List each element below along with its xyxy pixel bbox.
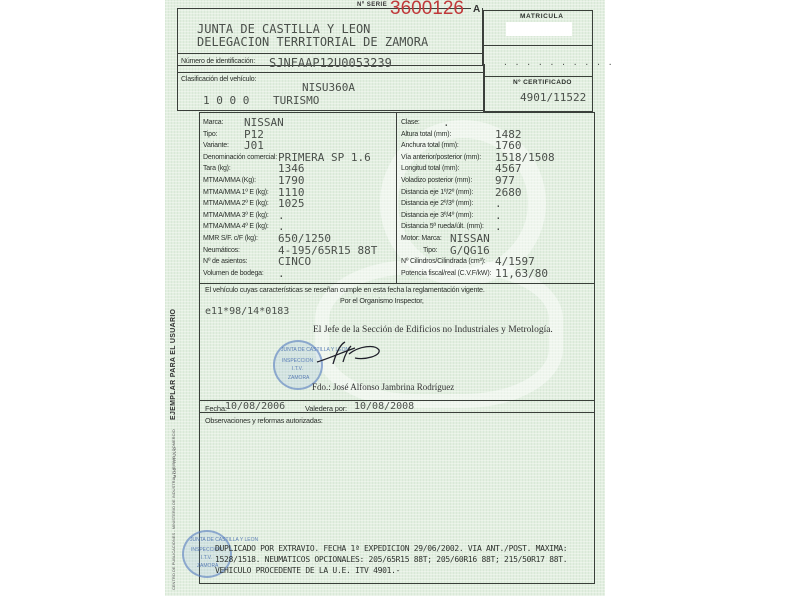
spec-label: Clase: — [401, 119, 420, 126]
serie-number: 3600126 — [390, 0, 464, 20]
spec-label: Nº Cilindros/Cilindrada (cm³): — [401, 258, 485, 265]
spec-label: Longitud total (mm): — [401, 165, 459, 172]
spec-label: MTMA/MMA 4º E (kg): — [203, 223, 269, 230]
divider — [177, 72, 483, 73]
classification-label: Clasificación del vehículo: — [181, 76, 256, 83]
signature-icon — [315, 340, 385, 370]
spec-label: Altura total (mm): — [401, 131, 451, 138]
homologation-number: e11*98/14*0183 — [205, 306, 289, 317]
authority-line-2: DELEGACION TERRITORIAL DE ZAMORA — [197, 35, 428, 49]
spec-label: Distancia eje 1º/2º (mm): — [401, 189, 473, 196]
spec-value: . — [495, 220, 502, 233]
spec-label: Distancia 5ª rueda/últ. (mm): — [401, 223, 484, 230]
spec-label: Motor: Marca: — [401, 235, 442, 242]
spec-label: Neumáticos: — [203, 247, 240, 254]
copy-label: EJEMPLAR PARA EL USUARIO — [170, 309, 177, 420]
serie-label: Nº SERIE — [355, 2, 389, 8]
spec-value: J01 — [244, 139, 264, 152]
spec-value: G/QG16 — [450, 244, 490, 257]
matricula-redacted — [506, 22, 572, 36]
chief-title: El Jefe de la Sección de Edificios no In… — [313, 325, 553, 335]
spec-label: Volumen de bodega: — [203, 270, 264, 277]
spec-label: Tipo: — [203, 131, 217, 138]
divider — [483, 76, 593, 77]
signed-by: Fdo.: José Alfonso Jambrina Rodríguez — [312, 382, 454, 392]
spec-label: Distancia eje 3º/4º (mm): — [401, 212, 473, 219]
spec-label: MTMA/MMA 3º E (kg): — [203, 212, 269, 219]
classification-number: 1 0 0 0 — [203, 94, 249, 107]
divider — [396, 112, 397, 284]
spec-value: . — [278, 267, 285, 280]
spec-label: Distancia eje 2º/3º (mm): — [401, 200, 473, 207]
observations-label: Observaciones y reformas autorizadas: — [205, 416, 323, 425]
spec-value: 11,63/80 — [495, 267, 548, 280]
spec-label: Vía anterior/posterior (mm): — [401, 154, 481, 161]
fecha-value: 10/08/2006 — [225, 401, 285, 412]
certificado-value: 4901/11522 — [520, 91, 586, 104]
spec-label: Variante: — [203, 142, 229, 149]
classification-type: TURISMO — [273, 94, 319, 107]
observation-line: DUPLICADO POR EXTRAVIO. FECHA 1ª EXPEDIC… — [215, 543, 567, 554]
spec-label: MTMA/MMA 2º E (kg): — [203, 200, 269, 207]
vehicle-technical-card: Nº SERIE 3600126 A JUNTA DE CASTILLA Y L… — [165, 0, 605, 596]
valedera-value: 10/08/2008 — [354, 401, 414, 412]
spec-label: Tipo: — [423, 247, 437, 254]
certification-statement: El vehículo cuyas características se res… — [205, 285, 485, 294]
spec-label: Tara (kg): — [203, 165, 231, 172]
spec-label: Nº de asientos: — [203, 258, 247, 265]
authority-line-1: JUNTA DE CASTILLA Y LEON — [197, 22, 370, 36]
divider — [177, 53, 483, 54]
spec-label: Anchura total (mm): — [401, 142, 459, 149]
observations-text: DUPLICADO POR EXTRAVIO. FECHA 1ª EXPEDIC… — [215, 543, 567, 576]
spec-label: Denominación comercial: — [203, 154, 277, 161]
spec-label: Potencia fiscal/real (C.V.F/kW): — [401, 270, 491, 277]
spec-label: Marca: — [203, 119, 223, 126]
classification-code: NISU360A — [302, 81, 355, 94]
matricula-label: MATRICULA — [520, 13, 564, 20]
serie-letter: A — [471, 4, 482, 15]
certificado-label: Nº CERTIFICADO — [513, 79, 572, 86]
spec-label: Voladizo posterior (mm): — [401, 177, 472, 184]
spec-label: MTMA/MMA 1º E (kg): — [203, 189, 269, 196]
observation-line: 1528/1518. NEUMATICOS OPCIONALES: 205/65… — [215, 554, 567, 565]
spec-label: MTMA/MMA (Kg): — [203, 177, 256, 184]
ministry-label: CENTRO DE PUBLICACIONES - MINISTERIO DE … — [171, 490, 176, 590]
observation-line: VEHICULO PROCEDENTE DE LA U.E. ITV 4901.… — [215, 565, 567, 576]
dots-value: . . . . . . . . . . — [503, 58, 614, 67]
spec-value: . — [443, 116, 450, 129]
spec-label: MMR S/F. c/F (kg): — [203, 235, 258, 242]
divider — [483, 45, 593, 46]
inspector-label: Por el Organismo Inspector, — [340, 296, 424, 305]
